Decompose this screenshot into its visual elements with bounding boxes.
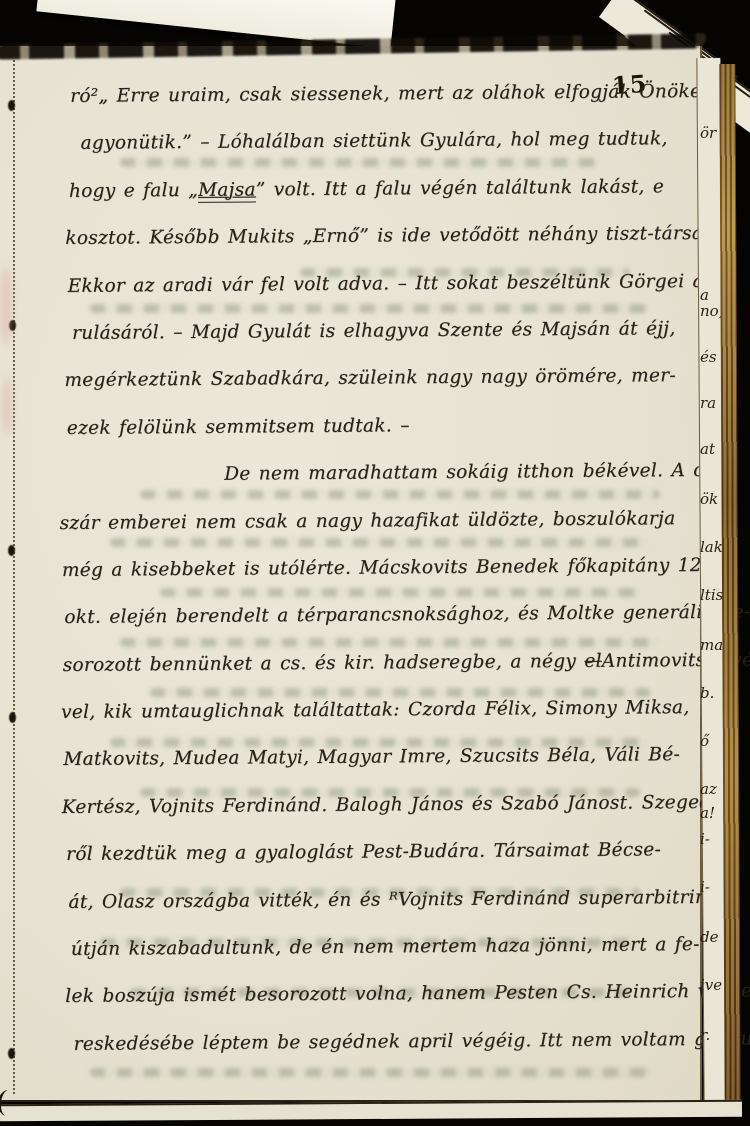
text-segment: ró²„ Erre uraim, csak siessenek, mert az… [70, 81, 715, 107]
edge-fragment: az [700, 780, 717, 798]
manuscript-line: Matkovits, Mudea Matyi, Magyar Imre, Szu… [63, 731, 701, 783]
manuscript-line: útján kiszabadultunk, de én nem mertem h… [71, 921, 703, 973]
text-segment: rulásáról. – Majd Gyulát is elhagyva Sze… [72, 318, 676, 344]
text-segment: szár emberei nem csak a nagy hazafikat ü… [59, 508, 675, 534]
text-segment: ezek felölünk semmitsem tudtak. – [67, 415, 410, 439]
bleedthrough-text [90, 1068, 650, 1077]
text-segment: De nem maradhattam sokáig itthon békével… [224, 460, 732, 485]
edge-fragment: ök [700, 490, 718, 508]
text-segment: lek boszúja ismét besorozott volna, hane… [65, 981, 750, 1007]
paper-stain [0, 266, 12, 346]
manuscript-text: ró²„ Erre uraim, csak siessenek, mert az… [56, 68, 704, 1068]
edge-fragment: ma [700, 636, 723, 654]
manuscript-line: át, Olasz országba vitték, én és ᴿVojnit… [68, 874, 702, 926]
edge-fragment: lak [700, 538, 723, 556]
text-segment: hogy e falu „ [69, 180, 198, 202]
text-segment: kosztot. Később Mukits „Ernő” is ide vet… [65, 223, 718, 249]
text-segment: útján kiszabadultunk, de én nem mertem h… [71, 934, 700, 960]
ink-blot [8, 545, 15, 556]
edge-fragment: de [700, 928, 718, 946]
manuscript-line: hogy e falu „Majsa” volt. Itt a falu vég… [69, 163, 697, 215]
manuscript-line: sorozott bennünket a cs. és kir. hadsere… [62, 637, 700, 689]
edge-fragment: a! [700, 804, 715, 822]
manuscript-line: szár emberei nem csak a nagy hazafikat ü… [59, 494, 699, 546]
manuscript-line: okt. elején berendelt a térparancsnokság… [64, 589, 700, 641]
edge-fragment: r. [700, 1026, 710, 1044]
edge-fragment: ő [700, 732, 709, 750]
edge-fragment: ra [700, 394, 716, 412]
text-segment: okt. elején berendelt a térparancsnokság… [64, 602, 750, 628]
manuscript-line: ró²„ Erre uraim, csak siessenek, mert az… [70, 68, 696, 120]
manuscript-line: kosztot. Később Mukits „Ernő” is ide vet… [65, 210, 697, 262]
text-segment: át, Olasz országba vitték, én és ᴿVojnit… [68, 886, 740, 912]
paper-stain [2, 376, 12, 436]
ink-blot [8, 100, 15, 111]
text-segment: reskedésébe léptem be segédnek april vég… [74, 1028, 750, 1055]
edge-fragment: i- [700, 878, 710, 896]
manuscript-line: De nem maradhattam sokáig itthon békével… [224, 447, 699, 498]
text-segment: ről kezdtük meg a gyaloglást Pest-Budára… [66, 840, 661, 866]
manuscript-line: vel, kik umtauglichnak találtattak: Czor… [61, 684, 701, 736]
edge-fragment: at [700, 440, 715, 458]
text-segment: Kertész, Vojnits Ferdinánd. Balogh János… [62, 792, 718, 818]
text-segment: sorozott bennünket a cs. és kir. hadsere… [63, 651, 585, 676]
edge-fragment: ive [700, 976, 722, 994]
edge-fragment: i- [700, 830, 710, 848]
manuscript-line: még a kisebbeket is utólérte. Mácskovits… [62, 542, 700, 594]
edge-fragment: ör [700, 124, 716, 142]
manuscript-line: ről kezdtük meg a gyaloglást Pest-Budára… [66, 826, 702, 878]
manuscript-line: reskedésébe léptem be segédnek april vég… [73, 1016, 703, 1068]
scanned-manuscript: 15 ró²„ Erre uraim, csak siessenek, mert… [0, 0, 750, 1126]
edge-fragment: ltis [700, 586, 723, 604]
ink-blot [9, 712, 16, 723]
edge-fragment: b. [700, 684, 714, 702]
text-segment: el [584, 650, 602, 671]
manuscript-line: rulásáról. – Majd Gyulát is elhagyva Sze… [72, 305, 698, 357]
manuscript-line: ezek felölünk semmitsem tudtak. – [67, 400, 699, 452]
text-segment: ” volt. Itt a falu végén találtunk lakás… [256, 176, 664, 200]
text-segment: megérkeztünk Szabadkára, szüleink nagy n… [64, 365, 676, 391]
text-segment: vel, kik umtauglichnak találtattak: Czor… [61, 697, 690, 723]
manuscript-line: megérkeztünk Szabadkára, szüleink nagy n… [64, 352, 698, 404]
text-segment: még a kisebbeket is utólérte. Mácskovits… [62, 555, 734, 581]
text-segment: Majsa [198, 179, 256, 202]
manuscript-line: Ekkor az aradi vár fel volt adva. – Itt … [67, 258, 697, 310]
bottom-page-sliver [0, 1100, 742, 1122]
ink-blot [8, 1048, 15, 1059]
manuscript-line: agyonütik.” – Lóhalálban siettünk Gyulár… [80, 115, 696, 167]
margin-fold-line [13, 56, 15, 1094]
text-segment: Ekkor az aradi vár fel volt adva. – Itt … [68, 270, 711, 296]
text-segment: agyonütik.” – Lóhalálban siettünk Gyulár… [80, 129, 667, 155]
edge-fragment: és [700, 348, 717, 366]
manuscript-line: lek boszúja ismét besorozott volna, hane… [65, 968, 703, 1020]
manuscript-line: Kertész, Vojnits Ferdinánd. Balogh János… [62, 779, 702, 831]
text-segment: Matkovits, Mudea Matyi, Magyar Imre, Szu… [63, 745, 680, 771]
